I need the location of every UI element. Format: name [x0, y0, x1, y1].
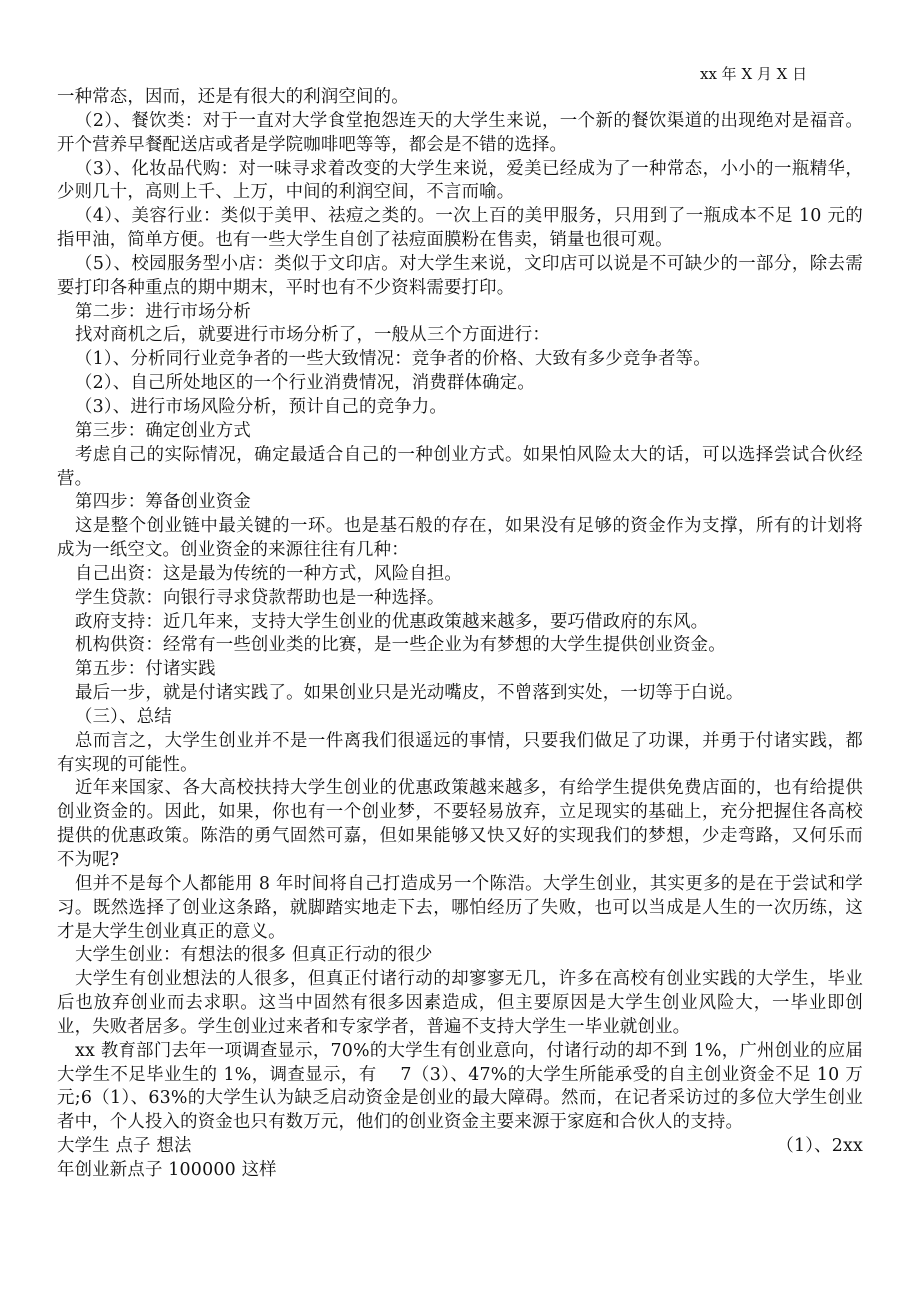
list-item-risk: （3）、进行市场风险分析，预计自己的竞争力。 [57, 396, 863, 420]
heading-ideas-vs-action: 大学生创业：有想法的很多 但真正行动的很少 [57, 944, 863, 968]
paragraph-practice: 最后一步，就是付诸实践了。如果创业只是光动嘴皮，不曾落到实处，一切等于白说。 [57, 682, 863, 706]
heading-step-five: 第五步：付诸实践 [57, 658, 863, 682]
paragraph-policies: 近年来国家、各大高校扶持大学生创业的优惠政策越来越多，有给学生提供免费店面的，也… [57, 777, 863, 872]
footer-keywords: 大学生 点子 想法 [57, 1135, 192, 1159]
paragraph-continuation: 一种常态，因而，还是有很大的利润空间的。 [57, 86, 863, 110]
paragraph-campus-shop: （5）、校园服务型小店：类似于文印店。对大学生来说，文印店可以说是不可缺少的一部… [57, 253, 863, 301]
paragraph-survey: xx 教育部门去年一项调查显示，70%的大学生有创业意向，付诸行动的却不到 1%… [57, 1040, 863, 1135]
heading-step-two: 第二步：进行市场分析 [57, 301, 863, 325]
heading-step-four: 第四步：筹备创业资金 [57, 491, 863, 515]
heading-summary: （三）、总结 [57, 706, 863, 730]
list-item-consumption: （2）、自己所处地区的一个行业消费情况，消费群体确定。 [57, 372, 863, 396]
heading-step-three: 第三步：确定创业方式 [57, 420, 863, 444]
paragraph-market-analysis: 找对商机之后，就要进行市场分析了，一般从三个方面进行： [57, 324, 863, 348]
paragraph-beauty: （4）、美容行业：类似于美甲、祛痘之类的。一次上百的美甲服务，只用到了一瓶成本不… [57, 205, 863, 253]
header-date: xx 年 X 月 X 日 [700, 64, 807, 84]
paragraph-few-act: 大学生有创业想法的人很多，但真正付诸行动的却寥寥无几，许多在高校有创业实践的大学… [57, 968, 863, 1040]
paragraph-trial: 但并不是每个人都能用 8 年时间将自己打造成另一个陈浩。大学生创业，其实更多的是… [57, 873, 863, 945]
document-body: 一种常态，因而，还是有很大的利润空间的。 （2）、餐饮类：对于一直对大学食堂抱怨… [57, 86, 863, 1183]
footer-row: 大学生 点子 想法 （1）、2xx [57, 1135, 863, 1159]
list-item-self-funding: 自己出资：这是最为传统的一种方式，风险自担。 [57, 563, 863, 587]
list-item-government: 政府支持：近几年来，支持大学生创业的优惠政策越来越多，要巧借政府的东风。 [57, 611, 863, 635]
list-item-institution: 机构供资：经常有一些创业类的比赛，是一些企业为有梦想的大学生提供创业资金。 [57, 634, 863, 658]
list-item-student-loan: 学生贷款：向银行寻求贷款帮助也是一种选择。 [57, 587, 863, 611]
paragraph-summary: 总而言之，大学生创业并不是一件离我们很遥远的事情，只要我们做足了功课，并勇于付诸… [57, 730, 863, 778]
paragraph-business-mode: 考虑自己的实际情况，确定最适合自己的一种创业方式。如果怕风险太大的话，可以选择尝… [57, 444, 863, 492]
list-item-competitors: （1）、分析同行业竞争者的一些大致情况：竞争者的价格、大致有多少竞争者等。 [57, 348, 863, 372]
final-line: 年创业新点子 100000 这样 [57, 1159, 863, 1183]
paragraph-funding: 这是整个创业链中最关键的一环。也是基石般的存在，如果没有足够的资金作为支撑，所有… [57, 515, 863, 563]
paragraph-catering: （2）、餐饮类：对于一直对大学食堂抱怨连天的大学生来说，一个新的餐饮渠道的出现绝… [57, 110, 863, 158]
footer-list-marker: （1）、2xx [776, 1135, 863, 1159]
paragraph-cosmetics: （3）、化妆品代购：对一味寻求着改变的大学生来说，爱美已经成为了一种常态，小小的… [57, 158, 863, 206]
